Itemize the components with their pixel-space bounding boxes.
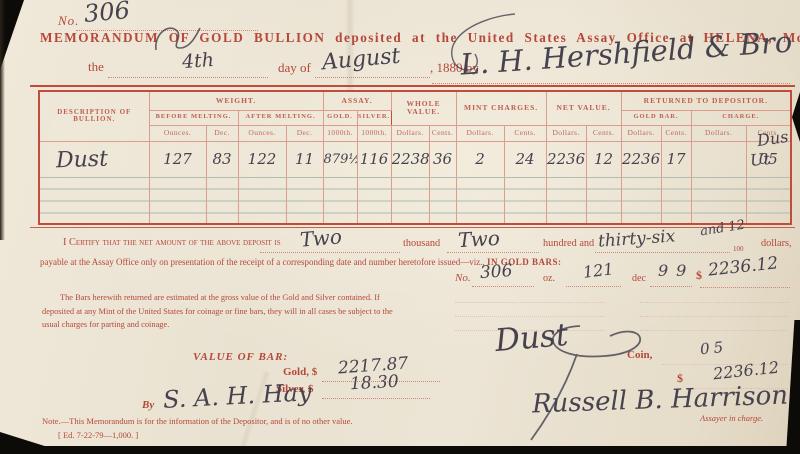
cell-after-dec: 11 bbox=[286, 141, 323, 177]
col-before-melting: BEFORE MELTING. bbox=[149, 110, 238, 125]
photo-edge bbox=[786, 320, 800, 454]
cell-assay-silver: 116 bbox=[357, 141, 391, 177]
col-after-melting: AFTER MELTING. bbox=[238, 110, 323, 125]
unit-cents: Cents. bbox=[661, 125, 691, 141]
ink-flourish bbox=[405, 8, 525, 88]
bar-amount-underline bbox=[700, 286, 790, 288]
oz-label: oz. bbox=[543, 273, 555, 284]
amount-tens-handwritten: thirty-six bbox=[597, 226, 675, 251]
hundred-and-label: hundred and bbox=[543, 238, 594, 249]
bars-paragraph: The Bars herewith returned are estimated… bbox=[42, 291, 408, 332]
bar-no-label: No. bbox=[455, 272, 471, 284]
deposit-number-handwritten: 306 bbox=[83, 0, 131, 28]
unit-dec: Dec. bbox=[206, 125, 238, 141]
col-gold-bar: GOLD BAR. bbox=[621, 110, 691, 125]
bar-amount-handwritten: 2236.12 bbox=[707, 253, 779, 280]
unit-1000th: 1000th. bbox=[357, 125, 391, 141]
by-label: By bbox=[142, 399, 154, 411]
coin-value-handwritten: 05 bbox=[699, 338, 728, 359]
col-description: DESCRIPTION OF BULLION. bbox=[39, 91, 149, 141]
paragraph-line: deposited at any Mint of the United Stat… bbox=[42, 305, 408, 319]
certify-line2: payable at the Assay Office only on pres… bbox=[40, 257, 485, 267]
coin-label: Coin, bbox=[627, 349, 652, 361]
col-net-value: NET VALUE. bbox=[546, 91, 621, 125]
no-label: No. bbox=[58, 13, 79, 29]
table-row: Dust 127 83 122 11 879½ 116 2238 36 2 24… bbox=[39, 141, 791, 177]
header-rule bbox=[30, 85, 795, 87]
margin-note-handwritten: Ut bbox=[749, 149, 771, 170]
value-of-bar-title: VALUE OF BAR: bbox=[193, 351, 288, 363]
col-assay-silver: SILVER. bbox=[357, 110, 391, 125]
memorandum-document: No. 306 MEMORANDUM OF GOLD BULLION depos… bbox=[0, 0, 800, 454]
line2-the-label: the bbox=[88, 59, 104, 75]
day-of-label: day of bbox=[278, 60, 311, 76]
silver-value-underline bbox=[322, 397, 430, 399]
paragraph-line: The Bars herewith returned are estimated… bbox=[42, 291, 408, 305]
unit-cents: Cents. bbox=[586, 125, 621, 141]
day-blank-underline bbox=[108, 76, 268, 78]
blank-line bbox=[640, 301, 788, 303]
cell-net-cents: 12 bbox=[586, 141, 621, 177]
fraction-denominator: 100 bbox=[733, 245, 744, 253]
amount-thousands-handwritten: Two bbox=[299, 224, 343, 252]
photo-edge bbox=[792, 92, 800, 142]
bar-no-handwritten: 306 bbox=[479, 261, 513, 283]
unit-1000th: 1000th. bbox=[323, 125, 357, 141]
cell-whole-dollars: 2238 bbox=[391, 141, 429, 177]
col-weight: WEIGHT. bbox=[149, 91, 323, 110]
unit-dec: Dec. bbox=[286, 125, 323, 141]
day-handwritten: 4th bbox=[181, 49, 214, 73]
amount-hundreds-handwritten: Two bbox=[457, 226, 500, 252]
footer-edition: [ Ed. 7-22-79—1,000. ] bbox=[58, 430, 138, 440]
dec-underline bbox=[650, 285, 692, 287]
photo-edge bbox=[0, 0, 5, 240]
silver-value-handwritten: 18.30 bbox=[350, 372, 400, 395]
col-charge: CHARGE. bbox=[691, 110, 791, 125]
cell-whole-cents: 36 bbox=[429, 141, 456, 177]
unit-dollars: Dollars. bbox=[391, 125, 429, 141]
total-value-handwritten: 2236.12 bbox=[712, 358, 780, 384]
unit-dollars: Dollars. bbox=[621, 125, 661, 141]
gold-label: Gold, $ bbox=[283, 366, 317, 378]
col-mint-charges: MINT CHARGES. bbox=[456, 91, 546, 125]
dec-handwritten: 99 bbox=[658, 261, 694, 280]
cell-net-dollars: 2236 bbox=[546, 141, 586, 177]
unit-ounces: Ounces. bbox=[238, 125, 286, 141]
assayer-title: Assayer in charge. bbox=[700, 413, 763, 423]
oz-underline bbox=[566, 285, 621, 287]
bar-no-underline bbox=[472, 285, 534, 287]
cell-mint-cents: 24 bbox=[504, 141, 546, 177]
thousand-label: thousand bbox=[403, 238, 440, 249]
tens-blank bbox=[595, 251, 730, 253]
dollar-sign: $ bbox=[696, 268, 702, 283]
photo-edge bbox=[0, 446, 800, 454]
blank-line bbox=[455, 301, 605, 303]
paragraph-line: usual charges for parting and coinage. bbox=[42, 318, 408, 332]
bullion-table: DESCRIPTION OF BULLION. WEIGHT. ASSAY. W… bbox=[38, 90, 792, 225]
unit-dollars: Dollars. bbox=[456, 125, 504, 141]
unit-dollars: Dollars. bbox=[546, 125, 586, 141]
col-assay: ASSAY. bbox=[323, 91, 391, 110]
empty-ruled-row bbox=[39, 177, 791, 224]
unit-cents: Cents. bbox=[504, 125, 546, 141]
col-whole-value: WHOLE VALUE. bbox=[391, 91, 456, 125]
cell-before-oz: 127 bbox=[149, 141, 206, 177]
col-assay-gold: GOLD. bbox=[323, 110, 357, 125]
cell-before-dec: 83 bbox=[206, 141, 238, 177]
dollars-label: dollars, bbox=[761, 238, 792, 249]
footer-note: Note.—This Memorandum is for the informa… bbox=[42, 416, 353, 426]
cell-description: Dust bbox=[38, 139, 149, 179]
certify-line1: I Certify that the net amount of the abo… bbox=[63, 237, 281, 248]
oz-handwritten: 121 bbox=[582, 259, 615, 282]
dec-label: dec bbox=[632, 273, 646, 284]
cell-mint-dollars: 2 bbox=[456, 141, 504, 177]
cell-assay-gold: 879½ bbox=[323, 141, 357, 177]
month-handwritten: August bbox=[321, 44, 401, 76]
cell-after-oz: 122 bbox=[238, 141, 286, 177]
col-returned: RETURNED TO DEPOSITOR. bbox=[621, 91, 791, 110]
blank-line bbox=[640, 315, 788, 317]
blank-line bbox=[455, 315, 605, 317]
cell-bar-dollars: 2236 bbox=[621, 141, 661, 177]
unit-dollars: Dollars. bbox=[691, 125, 746, 141]
table-bottom-rule bbox=[30, 227, 795, 228]
unit-ounces: Ounces. bbox=[149, 125, 206, 141]
paper-crease bbox=[345, 0, 355, 92]
weigher-signature: S. A. H. Hay bbox=[162, 378, 312, 414]
thousands-blank bbox=[260, 251, 400, 253]
ink-flourish bbox=[485, 318, 675, 448]
cell-charge-dollars bbox=[691, 141, 746, 177]
cell-bar-cents: 17 bbox=[661, 141, 691, 177]
unit-cents: Cents. bbox=[429, 125, 456, 141]
